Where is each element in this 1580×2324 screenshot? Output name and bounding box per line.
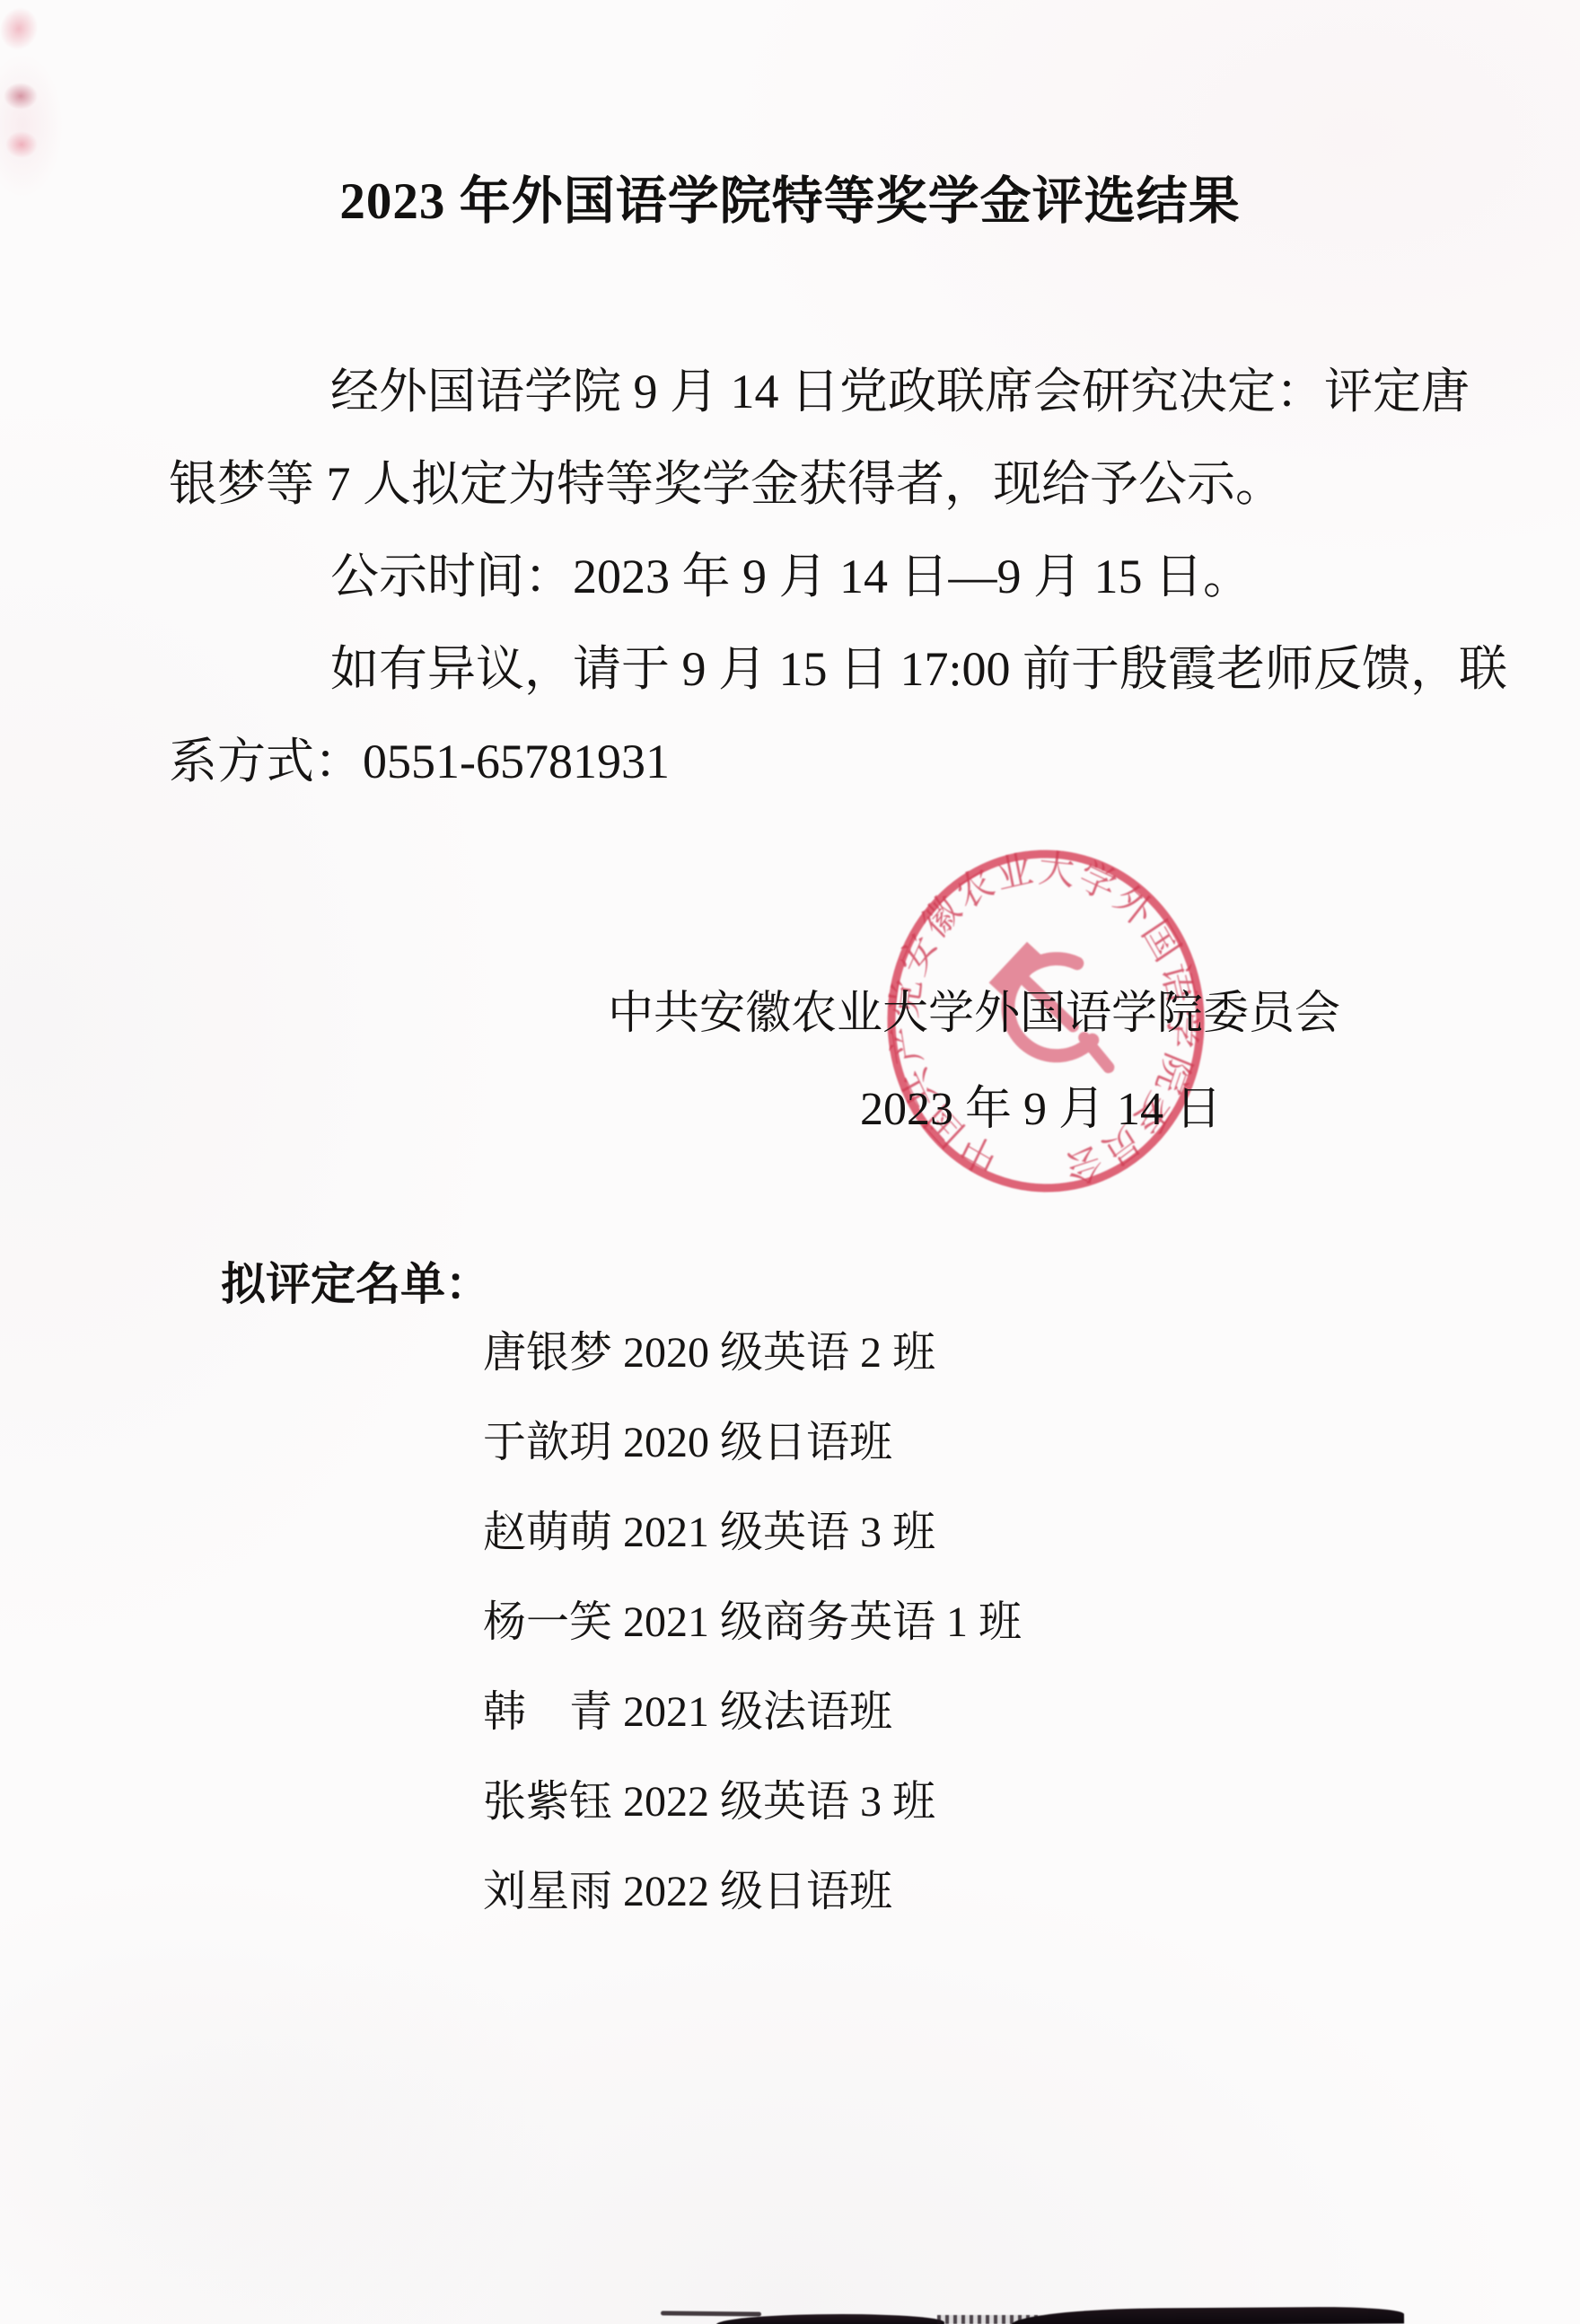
- body-line-1: 经外国语学院 9 月 14 日党政联席会研究决定：评定唐: [330, 363, 1470, 420]
- signature-committee: 中共安徽农业大学外国语学院委员会: [608, 975, 1340, 1042]
- scanned-document-page: 2023 年外国语学院特等奖学金评选结果 经外国语学院 9 月 14 日党政联席…: [0, 0, 1580, 2324]
- scan-band-thin-line: [661, 2311, 761, 2316]
- roster-item: 刘星雨 2022 级日语班: [483, 1847, 1022, 1937]
- roster-item: 赵萌萌 2021 级英语 3 班: [483, 1488, 1022, 1578]
- scan-artifact-red-dot: [5, 131, 38, 158]
- body-line-3: 公示时间：2023 年 9 月 14 日—9 月 15 日。: [330, 548, 1251, 605]
- roster-list: 唐银梦 2020 级英语 2 班 于歆玥 2020 级日语班 赵萌萌 2021 …: [483, 1308, 1022, 1937]
- document-title: 2023 年外国语学院特等奖学金评选结果: [0, 160, 1580, 233]
- body-line-4: 如有异议，请于 9 月 15 日 17:00 前于殷霞老师反馈，联: [330, 640, 1507, 698]
- roster-item: 杨一笑 2021 级商务英语 1 班: [483, 1578, 1022, 1668]
- roster-heading: 拟评定名单：: [221, 1248, 490, 1313]
- scan-artifact-corner-mark: [0, 3, 43, 56]
- roster-item: 唐银梦 2020 级英语 2 班: [483, 1308, 1022, 1398]
- signature-date: 2023 年 9 月 14 日: [860, 1070, 1222, 1138]
- body-line-2: 银梦等 7 人拟定为特等奖学金获得者，现给予公示。: [169, 455, 1284, 513]
- roster-item: 韩 青 2021 级法语班: [483, 1668, 1022, 1757]
- roster-item: 于歆玥 2020 级日语班: [483, 1398, 1022, 1488]
- scan-artifact-red-dash: [4, 83, 38, 110]
- body-line-5-contact-phone: 系方式：0551-65781931: [169, 733, 670, 790]
- roster-item: 张紫钰 2022 级英语 3 班: [483, 1757, 1022, 1847]
- scan-band-right-blob: [1011, 2306, 1404, 2324]
